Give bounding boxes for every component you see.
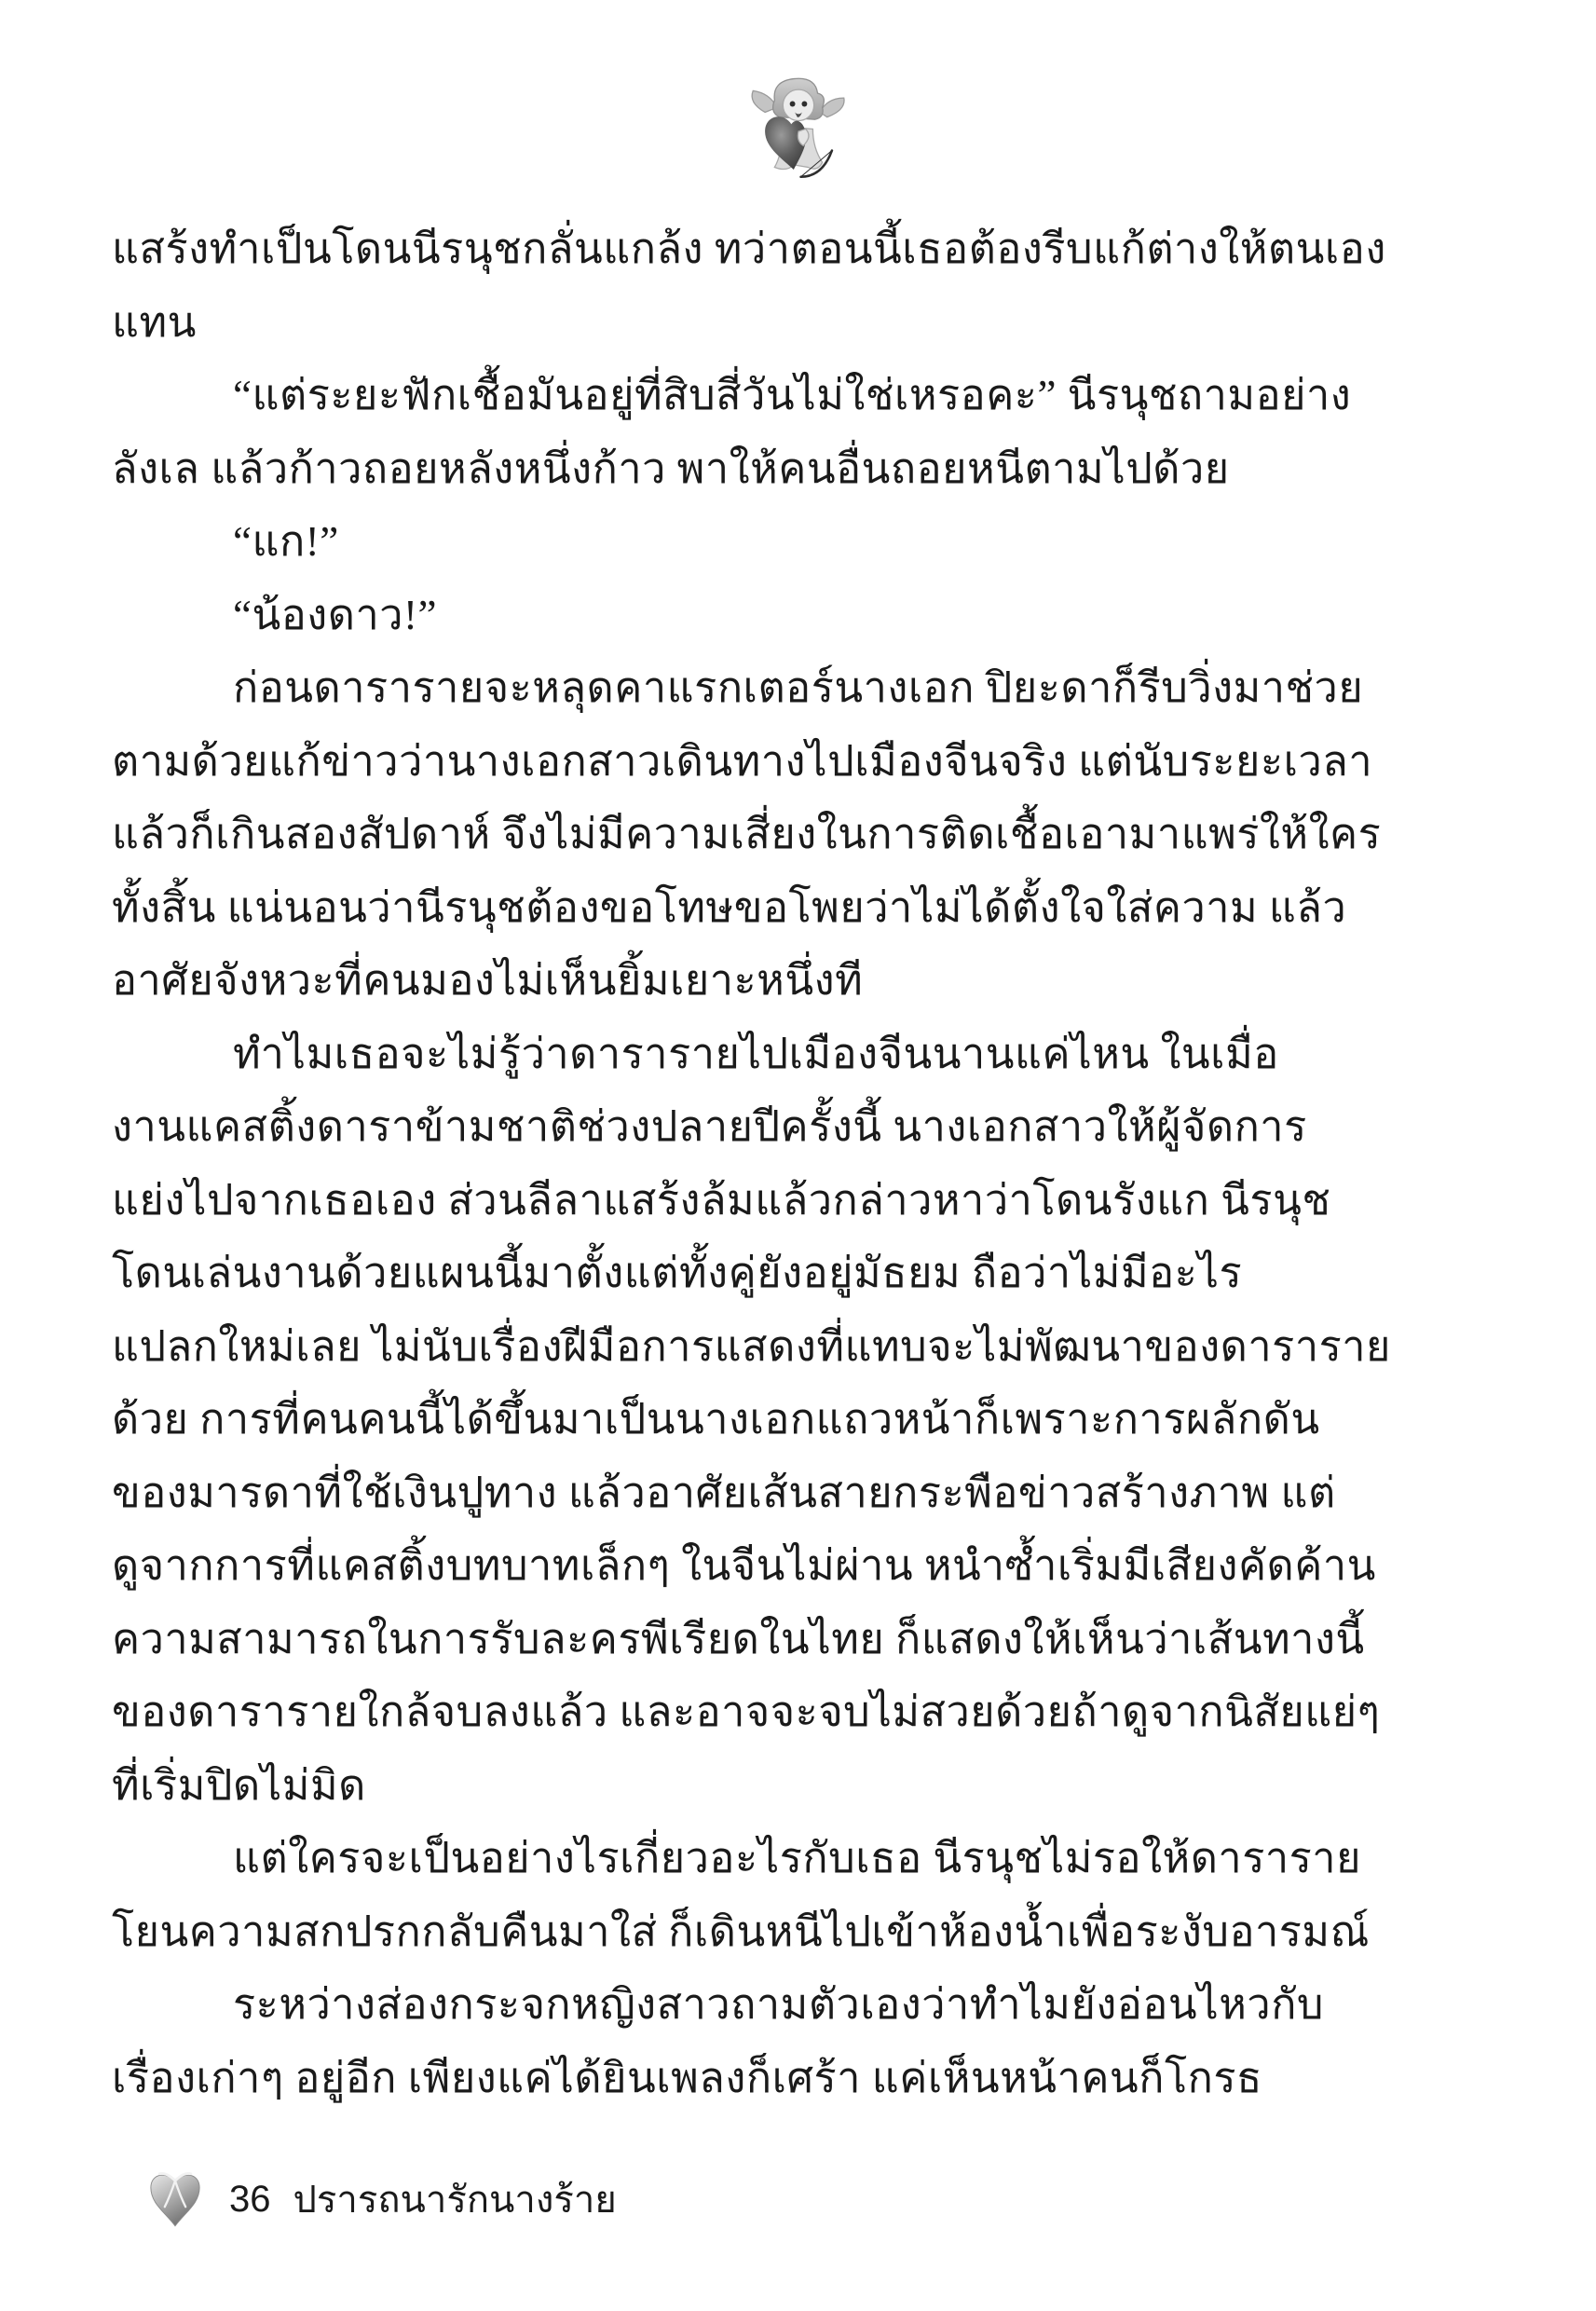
page-number: 36 [229,2179,271,2221]
body-line: แสร้งทำเป็นโดนนีรนุชกลั่นแกล้ง ทว่าตอนนี… [112,212,1489,286]
text-block: แสร้งทำเป็นโดนนีรนุชกลั่นแกล้ง ทว่าตอนนี… [112,212,1489,2114]
body-line: ตามด้วยแก้ข่าวว่านางเอกสาวเดินทางไปเมือง… [112,725,1489,799]
book-title: ปรารถนารักนางร้าย [293,2169,617,2229]
body-line: อาศัยจังหวะที่คนมองไม่เห็นยิ้มเยาะหนึ่งท… [112,944,1489,1018]
body-line: แปลกใหม่เลย ไม่นับเรื่องฝีมือการแสดงที่แ… [112,1310,1489,1384]
body-line: ของมารดาที่ใช้เงินปูทาง แล้วอาศัยเส้นสาย… [112,1456,1489,1530]
cupid-heart-illustration [737,76,860,186]
body-line: “แก!” [112,505,1489,579]
body-line: ด้วย การที่คนคนนี้ได้ขึ้นมาเป็นนางเอกแถว… [112,1383,1489,1456]
body-line: แทน [112,286,1489,360]
body-line: “แต่ระยะฟักเชื้อมันอยู่ที่สิบสี่วันไม่ใช… [112,359,1489,432]
body-line: โยนความสกปรกกลับคืนมาใส่ ก็เดินหนีไปเข้า… [112,1895,1489,1969]
body-line: โดนเล่นงานด้วยแผนนี้มาตั้งแต่ทั้งคู่ยังอ… [112,1237,1489,1310]
body-line: แล้วก็เกินสองสัปดาห์ จึงไม่มีความเสี่ยงใ… [112,798,1489,871]
cupid-ornament-image [0,76,1596,186]
body-line: แย่งไปจากเธอเอง ส่วนลีลาแสร้งล้มแล้วกล่า… [112,1164,1489,1238]
body-line: ก่อนดารารายจะหลุดคาแรกเตอร์นางเอก ปิยะดา… [112,651,1489,725]
body-line: ทั้งสิ้น แน่นอนว่านีรนุชต้องขอโทษขอโพยว่… [112,871,1489,945]
body-line: ของดารารายใกล้จบลงแล้ว และอาจจะจบไม่สวยด… [112,1675,1489,1749]
body-line: แต่ใครจะเป็นอย่างไรเกี่ยวอะไรกับเธอ นีรน… [112,1822,1489,1895]
body-line: ที่เริ่มปิดไม่มิด [112,1749,1489,1823]
body-line: ดูจากการที่แคสติ้งบทบาทเล็กๆ ในจีนไม่ผ่า… [112,1529,1489,1603]
body-line: ลังเล แล้วก้าวถอยหลังหนึ่งก้าว พาให้คนอื… [112,432,1489,506]
body-line: งานแคสติ้งดาราข้ามชาติช่วงปลายปีครั้งนี้… [112,1090,1489,1164]
heart-icon [149,2170,201,2228]
page-footer: 36 ปรารถนารักนางร้าย [149,2169,617,2229]
body-line: เรื่องเก่าๆ อยู่อีก เพียงแค่ได้ยินเพลงก็… [112,2042,1489,2115]
book-page: แสร้งทำเป็นโดนนีรนุชกลั่นแกล้ง ทว่าตอนนี… [0,0,1596,2311]
body-line: ระหว่างส่องกระจกหญิงสาวถามตัวเองว่าทำไมย… [112,1968,1489,2042]
body-line: ทำไมเธอจะไม่รู้ว่าดารารายไปเมืองจีนนานแค… [112,1018,1489,1091]
body-line: ความสามารถในการรับละครพีเรียดในไทย ก็แสด… [112,1603,1489,1676]
body-line: “น้องดาว!” [112,579,1489,652]
